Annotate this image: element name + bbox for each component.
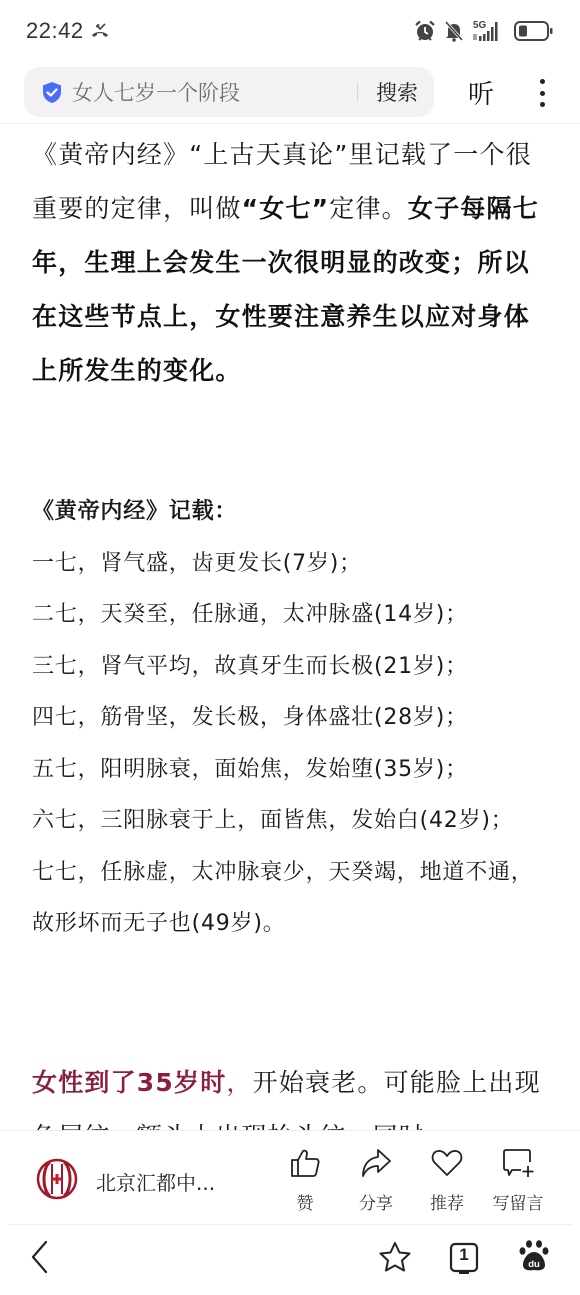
stages-list: 《黄帝内经》记载： 一七，肾气盛，齿更发长(7岁)； 二七，天癸至，任脉通，太冲… (32, 486, 552, 950)
missed-call-icon (90, 23, 110, 39)
svg-text:5G: 5G (473, 20, 487, 31)
status-right: 5G (414, 18, 554, 44)
list-item: 二七，天癸至，任脉通，太冲脉盛(14岁)； (32, 589, 552, 641)
comment-add-icon (501, 1147, 535, 1183)
baidu-paw-icon[interactable]: du (518, 1239, 550, 1273)
share-button[interactable]: 分享 (336, 1147, 416, 1214)
alarm-icon (414, 20, 436, 42)
recommend-button[interactable]: 推荐 (407, 1147, 487, 1214)
list-item: 六七，三阳脉衰于上，面皆焦，发始白(42岁)； (32, 795, 552, 847)
list-item: 一七，肾气盛，齿更发长(7岁)； (32, 538, 552, 590)
source-name[interactable]: 北京汇都中... (96, 1167, 215, 1196)
phone-screen: 22:42 (0, 0, 580, 1295)
highlight-accent: 女性到了35岁时 (32, 1068, 226, 1097)
share-icon (360, 1147, 392, 1183)
mute-icon (444, 20, 464, 42)
search-bar[interactable]: 女人七岁一个阶段 搜索 (24, 67, 434, 117)
list-title: 《黄帝内经》记载： (32, 486, 552, 538)
list-item: 四七，筋骨坚，发长极，身体盛壮(28岁)； (32, 692, 552, 744)
shield-check-icon (42, 81, 62, 104)
thumbs-up-icon (289, 1147, 321, 1183)
intro-text-2: 定律。 (329, 194, 408, 223)
intro-bold-1: “女七” (242, 194, 330, 223)
comment-label: 写留言 (493, 1189, 544, 1214)
tabs-button[interactable]: 1 (449, 1242, 479, 1276)
source-logo[interactable] (36, 1158, 78, 1200)
5g-signal-icon: 5G (472, 18, 506, 44)
recommend-label: 推荐 (430, 1189, 464, 1214)
like-button[interactable]: 赞 (265, 1147, 345, 1214)
status-left: 22:42 (26, 18, 110, 44)
comment-button[interactable]: 写留言 (478, 1147, 558, 1214)
status-bar: 22:42 (0, 0, 580, 62)
battery-icon (514, 20, 554, 42)
intro-paragraph: 《黄帝内经》“上古天真论”里记载了一个很重要的定律，叫做“女七”定律。女子每隔七… (32, 124, 552, 398)
svg-text:du: du (528, 1259, 540, 1270)
highlight-paragraph: 女性到了35岁时，开始衰老。可能脸上出现鱼尾纹，额头上出现抬头纹，同时 (32, 1056, 552, 1130)
search-button[interactable]: 搜索 (376, 77, 418, 107)
search-divider (357, 82, 358, 102)
highlight-comma: ， (226, 1068, 252, 1097)
article-content: 《黄帝内经》“上古天真论”里记载了一个很重要的定律，叫做“女七”定律。女子每隔七… (0, 124, 580, 1130)
bottom-nav: 1 du (0, 1225, 580, 1295)
listen-button[interactable]: 听 (468, 74, 494, 111)
list-item: 三七，肾气平均，故真牙生而长极(21岁)； (32, 641, 552, 693)
clock: 22:42 (26, 18, 84, 44)
list-item: 七七，任脉虚，太冲脉衰少，天癸竭，地道不通，故形坏而无子也(49岁)。 (32, 847, 552, 950)
share-label: 分享 (359, 1189, 393, 1214)
browser-top-bar: 女人七岁一个阶段 搜索 听 (0, 66, 580, 120)
back-chevron-icon[interactable] (28, 1239, 52, 1275)
heart-icon (430, 1147, 464, 1183)
star-icon[interactable] (378, 1241, 412, 1273)
search-query[interactable]: 女人七岁一个阶段 (72, 77, 357, 107)
like-label: 赞 (297, 1189, 314, 1214)
list-item: 五七，阳明脉衰，面始焦，发始堕(35岁)； (32, 744, 552, 796)
article-action-bar: 北京汇都中... 赞 分享 推荐 (0, 1130, 580, 1222)
tabs-count: 1 (449, 1245, 479, 1265)
more-vertical-icon[interactable] (530, 76, 554, 110)
